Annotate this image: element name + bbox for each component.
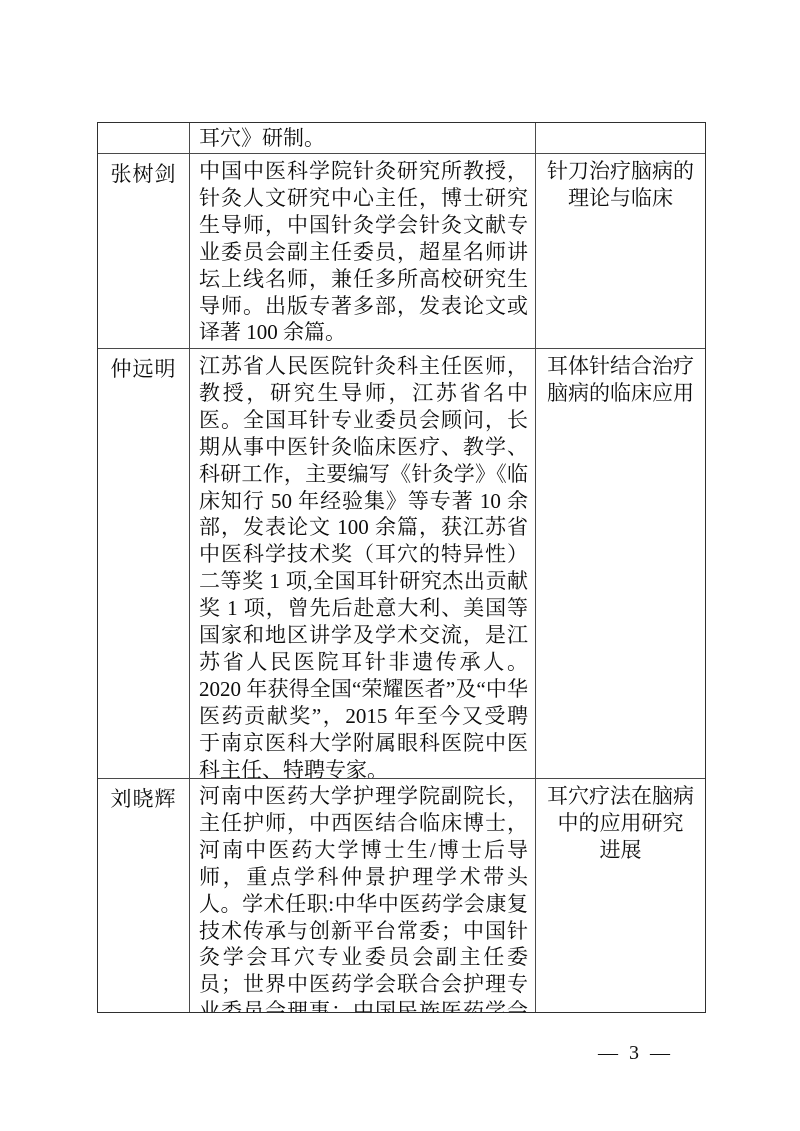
expert-name-cell [98, 123, 190, 153]
lecture-topic-cell: 耳体针结合治疗 脑病的临床应用 [536, 349, 705, 778]
expert-bio-cell: 江苏省人民医院针灸科主任医师，教授，研究生导师，江苏省名中医。全国耳针专业委员会… [190, 349, 536, 778]
expert-name-cell: 刘晓辉 [98, 779, 190, 1012]
table-row-zhang-shujian: 张树剑 中国中医科学院针灸研究所教授，针灸人文研究中心主任，博士研究生导师，中国… [98, 154, 705, 349]
lecture-topic-cell [536, 123, 705, 153]
table-row-zhong-yuanming: 仲远明 江苏省人民医院针灸科主任医师，教授，研究生导师，江苏省名中医。全国耳针专… [98, 349, 705, 779]
expert-bio-cell: 中国中医科学院针灸研究所教授，针灸人文研究中心主任，博士研究生导师，中国针灸学会… [190, 154, 536, 348]
table-row-liu-xiaohui: 刘晓辉 河南中医药大学护理学院副院长，主任护师，中西医结合临床博士，河南中医药大… [98, 779, 705, 1012]
lecture-topic-cell: 针刀治疗脑病的 理论与临床 [536, 154, 705, 348]
document-page: 耳穴》研制。 张树剑 中国中医科学院针灸研究所教授，针灸人文研究中心主任，博士研… [0, 0, 800, 1131]
expert-name-cell: 张树剑 [98, 154, 190, 348]
table-row-continuation: 耳穴》研制。 [98, 123, 705, 154]
expert-bio-cell: 耳穴》研制。 [190, 123, 536, 153]
page-number: — 3 — [598, 1041, 698, 1065]
expert-name-cell: 仲远明 [98, 349, 190, 778]
expert-bio-cell: 河南中医药大学护理学院副院长，主任护师，中西医结合临床博士，河南中医药大学博士生… [190, 779, 536, 1012]
experts-table: 耳穴》研制。 张树剑 中国中医科学院针灸研究所教授，针灸人文研究中心主任，博士研… [97, 122, 706, 1013]
lecture-topic-cell: 耳穴疗法在脑病 中的应用研究 进展 [536, 779, 705, 1012]
